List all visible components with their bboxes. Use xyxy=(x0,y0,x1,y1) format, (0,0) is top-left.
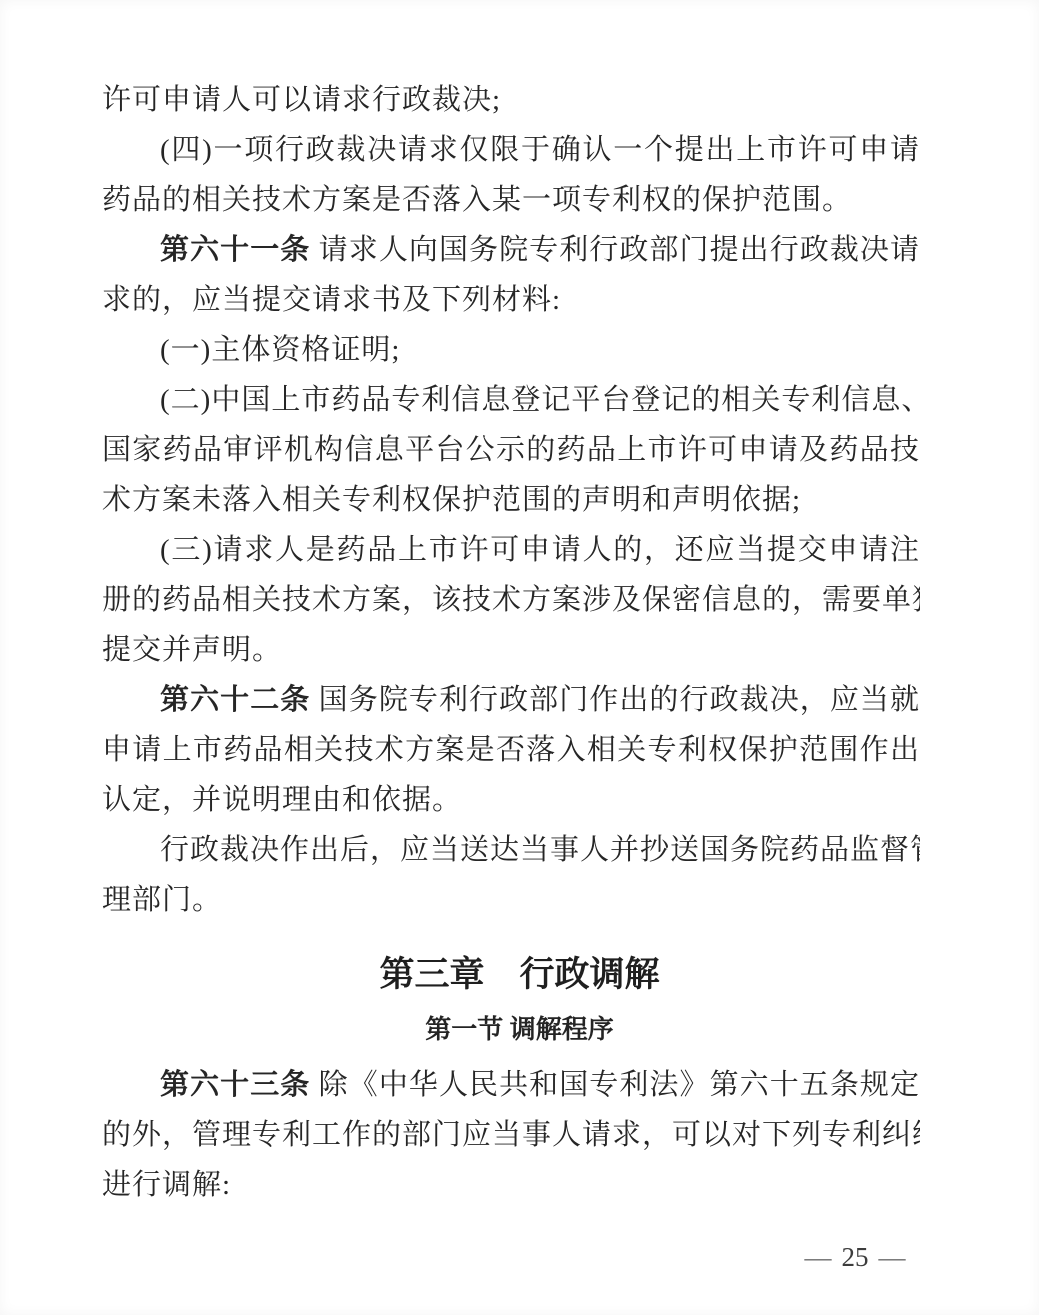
text-line: 第六十三条 除《中华人民共和国专利法》第六十五条规定 xyxy=(102,1060,920,1110)
chapter-heading: 第三章 行政调解 xyxy=(0,945,1039,1005)
text-line: (一)主体资格证明; xyxy=(102,325,920,375)
text-line: (四)一项行政裁决请求仅限于确认一个提出上市许可申请 xyxy=(102,125,920,175)
text-line: 进行调解: xyxy=(102,1160,920,1210)
text-line: 第六十一条 请求人向国务院专利行政部门提出行政裁决请 xyxy=(102,225,920,275)
article-number: 第六十二条 xyxy=(160,684,310,716)
text-line: 的外，管理专利工作的部门应当事人请求，可以对下列专利纠纷 xyxy=(102,1110,920,1160)
text-segment: 国家药品审评机构信息平台公示的药品上市许可申请及药品技 xyxy=(102,434,920,466)
text-segment: 理部门。 xyxy=(102,884,222,916)
text-line: 认定，并说明理由和依据。 xyxy=(102,775,920,825)
text-segment: (三)请求人是药品上市许可申请人的，还应当提交申请注 xyxy=(160,534,920,566)
text-line: 行政裁决作出后，应当送达当事人并抄送国务院药品监督管 xyxy=(102,825,920,875)
text-line: 册的药品相关技术方案，该技术方案涉及保密信息的，需要单独 xyxy=(102,575,920,625)
text-segment: 认定，并说明理由和依据。 xyxy=(102,784,462,816)
text-line: 申请上市药品相关技术方案是否落入相关专利权保护范围作出 xyxy=(102,725,920,775)
text-line: 理部门。 xyxy=(102,875,920,925)
document-page: 许可申请人可以请求行政裁决;(四)一项行政裁决请求仅限于确认一个提出上市许可申请… xyxy=(0,0,1039,1315)
text-segment: (二)中国上市药品专利信息登记平台登记的相关专利信息、 xyxy=(160,384,920,416)
text-line: 药品的相关技术方案是否落入某一项专利权的保护范围。 xyxy=(102,175,920,225)
body-text-block-top: 许可申请人可以请求行政裁决;(四)一项行政裁决请求仅限于确认一个提出上市许可申请… xyxy=(102,75,920,925)
text-line: 许可申请人可以请求行政裁决; xyxy=(102,75,920,125)
text-line: (二)中国上市药品专利信息登记平台登记的相关专利信息、 xyxy=(102,375,920,425)
text-line: (三)请求人是药品上市许可申请人的，还应当提交申请注 xyxy=(102,525,920,575)
text-line: 求的，应当提交请求书及下列材料: xyxy=(102,275,920,325)
text-segment: 除《中华人民共和国专利法》第六十五条规定 xyxy=(310,1069,920,1101)
text-segment: 的外，管理专利工作的部门应当事人请求，可以对下列专利纠纷 xyxy=(102,1119,920,1151)
page-number-value: 25 xyxy=(842,1242,869,1272)
text-segment: 许可申请人可以请求行政裁决; xyxy=(102,84,501,116)
text-segment: 册的药品相关技术方案，该技术方案涉及保密信息的，需要单独 xyxy=(102,584,920,616)
text-segment: (四)一项行政裁决请求仅限于确认一个提出上市许可申请 xyxy=(160,134,920,166)
text-line: 第六十二条 国务院专利行政部门作出的行政裁决，应当就 xyxy=(102,675,920,725)
text-line: 国家药品审评机构信息平台公示的药品上市许可申请及药品技 xyxy=(102,425,920,475)
text-segment: 提交并声明。 xyxy=(102,634,282,666)
article-number: 第六十三条 xyxy=(160,1069,310,1101)
text-segment: 请求人向国务院专利行政部门提出行政裁决请 xyxy=(310,234,920,266)
section-heading: 第一节 调解程序 xyxy=(0,1008,1039,1052)
text-line: 提交并声明。 xyxy=(102,625,920,675)
text-segment: 进行调解: xyxy=(102,1169,231,1201)
page-number-left-dash: — xyxy=(795,1242,842,1272)
article-number: 第六十一条 xyxy=(160,234,310,266)
text-segment: 国务院专利行政部门作出的行政裁决，应当就 xyxy=(310,684,920,716)
page-number: —25— xyxy=(790,1240,920,1274)
body-text-block-bottom: 第六十三条 除《中华人民共和国专利法》第六十五条规定的外，管理专利工作的部门应当… xyxy=(102,1060,920,1210)
text-segment: 行政裁决作出后，应当送达当事人并抄送国务院药品监督管 xyxy=(160,834,920,866)
text-line: 术方案未落入相关专利权保护范围的声明和声明依据; xyxy=(102,475,920,525)
text-segment: 术方案未落入相关专利权保护范围的声明和声明依据; xyxy=(102,484,801,516)
page-number-right-dash: — xyxy=(869,1242,916,1272)
text-segment: 申请上市药品相关技术方案是否落入相关专利权保护范围作出 xyxy=(102,734,920,766)
text-segment: (一)主体资格证明; xyxy=(160,334,400,366)
text-segment: 药品的相关技术方案是否落入某一项专利权的保护范围。 xyxy=(102,184,852,216)
text-segment: 求的，应当提交请求书及下列材料: xyxy=(102,284,561,316)
